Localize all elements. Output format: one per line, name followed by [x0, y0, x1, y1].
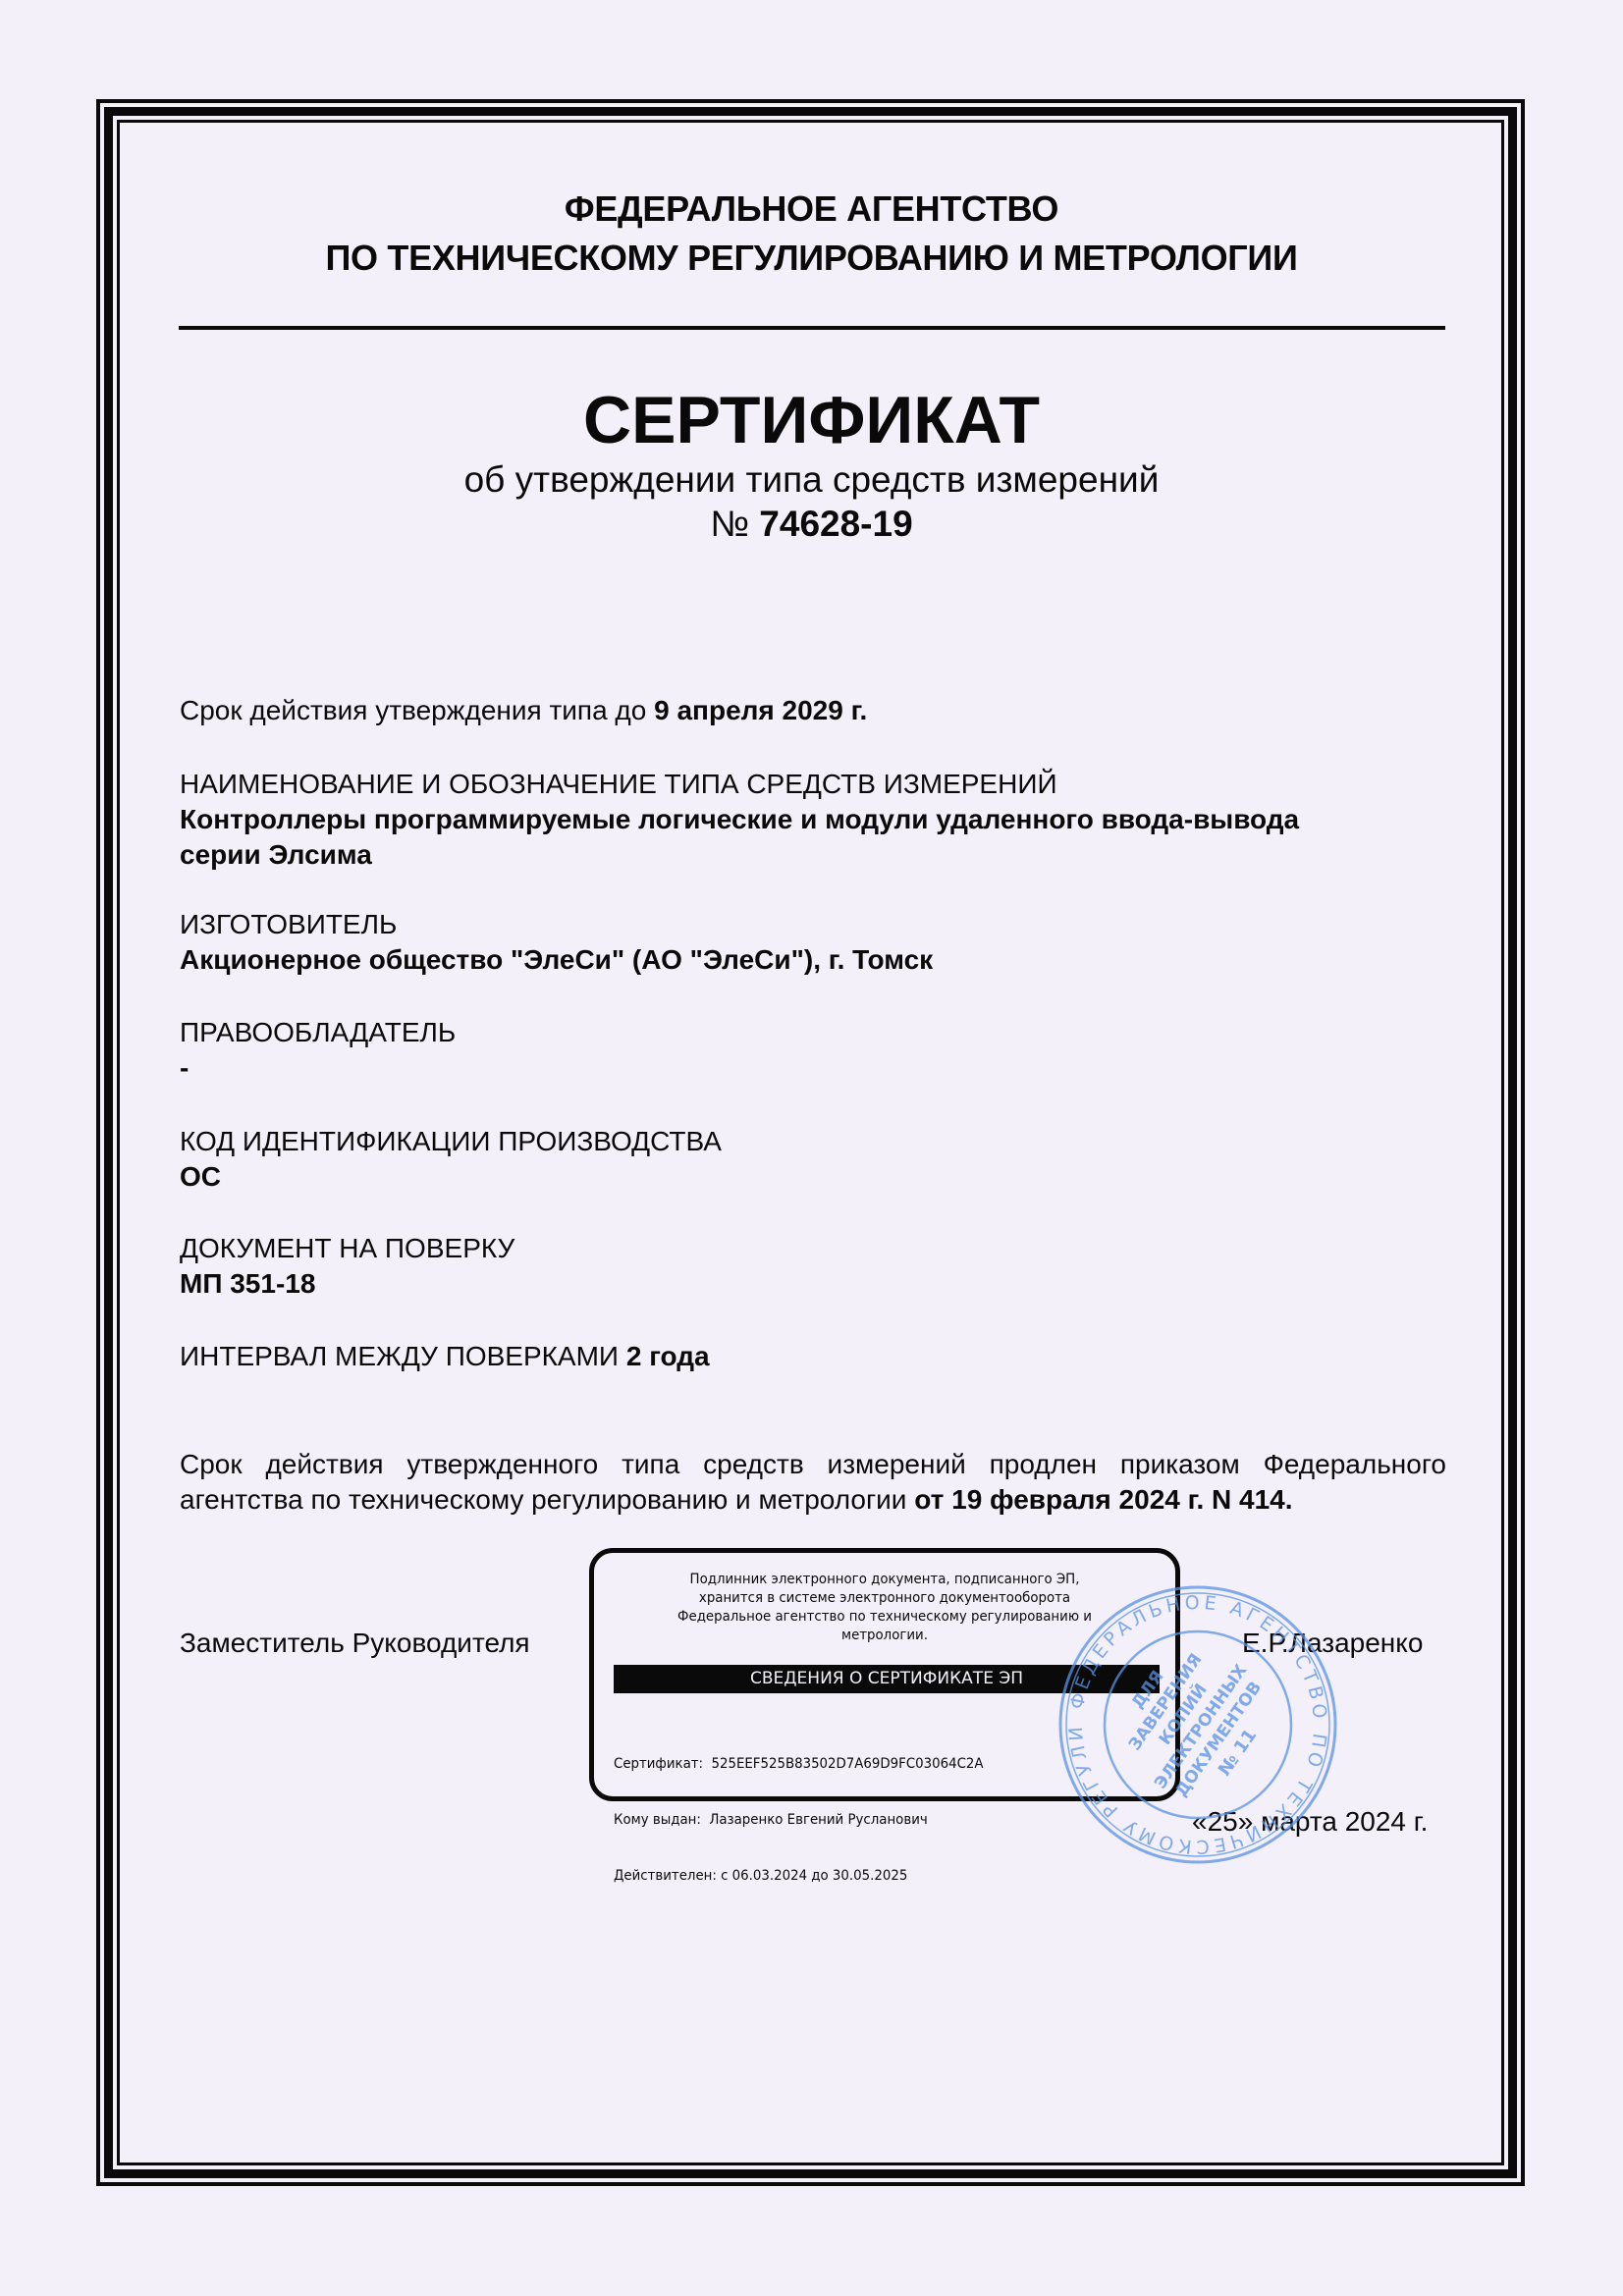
- agency-header: ФЕДЕРАЛЬНОЕ АГЕНТСТВО ПО ТЕХНИЧЕСКОМУ РЕ…: [0, 185, 1623, 283]
- type-name-value-2: серии Элсима: [180, 837, 1446, 873]
- ep-cert-row: Сертификат: 525EEF525B83502D7A69D9FC0306…: [614, 1755, 984, 1774]
- type-name-value-1: Контроллеры программируемые логические и…: [180, 802, 1446, 837]
- ep-notice-line-3: Федеральное агентство по техническому ре…: [618, 1608, 1153, 1627]
- number-value: 74628-19: [759, 504, 912, 544]
- manufacturer-section: ИЗГОТОВИТЕЛЬ Акционерное общество "ЭлеСи…: [180, 907, 1446, 978]
- manufacturer-value: Акционерное общество "ЭлеСи" (АО "ЭлеСи"…: [180, 942, 1446, 978]
- ep-cert-info: Сертификат: 525EEF525B83502D7A69D9FC0306…: [614, 1718, 984, 1923]
- agency-line-1: ФЕДЕРАЛЬНОЕ АГЕНТСТВО: [0, 185, 1623, 234]
- certificate-title: СЕРТИФИКАТ: [0, 381, 1623, 459]
- extension-paragraph: Срок действия утвержденного типа средств…: [180, 1447, 1446, 1518]
- production-code-value: ОС: [180, 1159, 1446, 1195]
- validity-value: 9 апреля 2029 г.: [654, 695, 867, 725]
- interval-line: ИНТЕРВАЛ МЕЖДУ ПОВЕРКАМИ 2 года: [180, 1339, 1446, 1374]
- type-name-section: НАИМЕНОВАНИЕ И ОБОЗНАЧЕНИЕ ТИПА СРЕДСТВ …: [180, 767, 1446, 873]
- ep-notice-line-2: хранится в системе электронного документ…: [618, 1589, 1153, 1608]
- interval-label: ИНТЕРВАЛ МЕЖДУ ПОВЕРКАМИ: [180, 1341, 619, 1371]
- validity-label: Срок действия утверждения типа до: [180, 695, 646, 725]
- extension-order: от 19 февраля 2024 г. N 414.: [914, 1484, 1292, 1515]
- type-name-label: НАИМЕНОВАНИЕ И ОБОЗНАЧЕНИЕ ТИПА СРЕДСТВ …: [180, 767, 1446, 802]
- agency-line-2: ПО ТЕХНИЧЕСКОМУ РЕГУЛИРОВАНИЮ И МЕТРОЛОГ…: [0, 234, 1623, 283]
- signature-date: «25» марта 2024 г.: [1192, 1804, 1428, 1840]
- number-prefix: №: [710, 504, 749, 544]
- header-divider: [179, 326, 1445, 330]
- manufacturer-label: ИЗГОТОВИТЕЛЬ: [180, 907, 1446, 942]
- validity-line: Срок действия утверждения типа до 9 апре…: [180, 693, 1446, 728]
- ep-notice: Подлинник электронного документа, подпис…: [618, 1571, 1153, 1645]
- signer-position: Заместитель Руководителя: [180, 1626, 530, 1661]
- ep-issued-label: Кому выдан:: [614, 1812, 701, 1828]
- ep-cert-heading: СВЕДЕНИЯ О СЕРТИФИКАТЕ ЭП: [614, 1665, 1160, 1693]
- verification-doc-section: ДОКУМЕНТ НА ПОВЕРКУ МП 351-18: [180, 1231, 1446, 1302]
- rights-holder-value: -: [180, 1050, 1446, 1086]
- certificate-subtitle: об утверждении типа средств измерений: [0, 457, 1623, 503]
- ep-cert-label: Сертификат:: [614, 1756, 703, 1772]
- ep-notice-line-4: метрологии.: [618, 1627, 1153, 1645]
- ep-valid-value: с 06.03.2024 до 30.05.2025: [721, 1868, 907, 1884]
- rights-holder-section: ПРАВООБЛАДАТЕЛЬ -: [180, 1015, 1446, 1086]
- verification-doc-value: МП 351-18: [180, 1266, 1446, 1302]
- verification-doc-label: ДОКУМЕНТ НА ПОВЕРКУ: [180, 1231, 1446, 1266]
- signer-name: Е.Р.Лазаренко: [1242, 1626, 1423, 1661]
- ep-valid-label: Действителен:: [614, 1868, 717, 1884]
- ep-cert-value: 525EEF525B83502D7A69D9FC03064C2A: [711, 1756, 983, 1772]
- ep-issued-value: Лазаренко Евгений Русланович: [709, 1812, 927, 1828]
- production-code-label: КОД ИДЕНТИФИКАЦИИ ПРОИЗВОДСТВА: [180, 1124, 1446, 1159]
- ep-notice-line-1: Подлинник электронного документа, подпис…: [618, 1571, 1153, 1589]
- ep-valid-row: Действителен: с 06.03.2024 до 30.05.2025: [614, 1867, 984, 1886]
- interval-value: 2 года: [626, 1341, 710, 1371]
- ep-issued-row: Кому выдан: Лазаренко Евгений Русланович: [614, 1811, 984, 1830]
- certificate-number: № 74628-19: [0, 502, 1623, 547]
- rights-holder-label: ПРАВООБЛАДАТЕЛЬ: [180, 1015, 1446, 1050]
- electronic-signature-box: Подлинник электронного документа, подпис…: [589, 1548, 1180, 1801]
- production-code-section: КОД ИДЕНТИФИКАЦИИ ПРОИЗВОДСТВА ОС: [180, 1124, 1446, 1195]
